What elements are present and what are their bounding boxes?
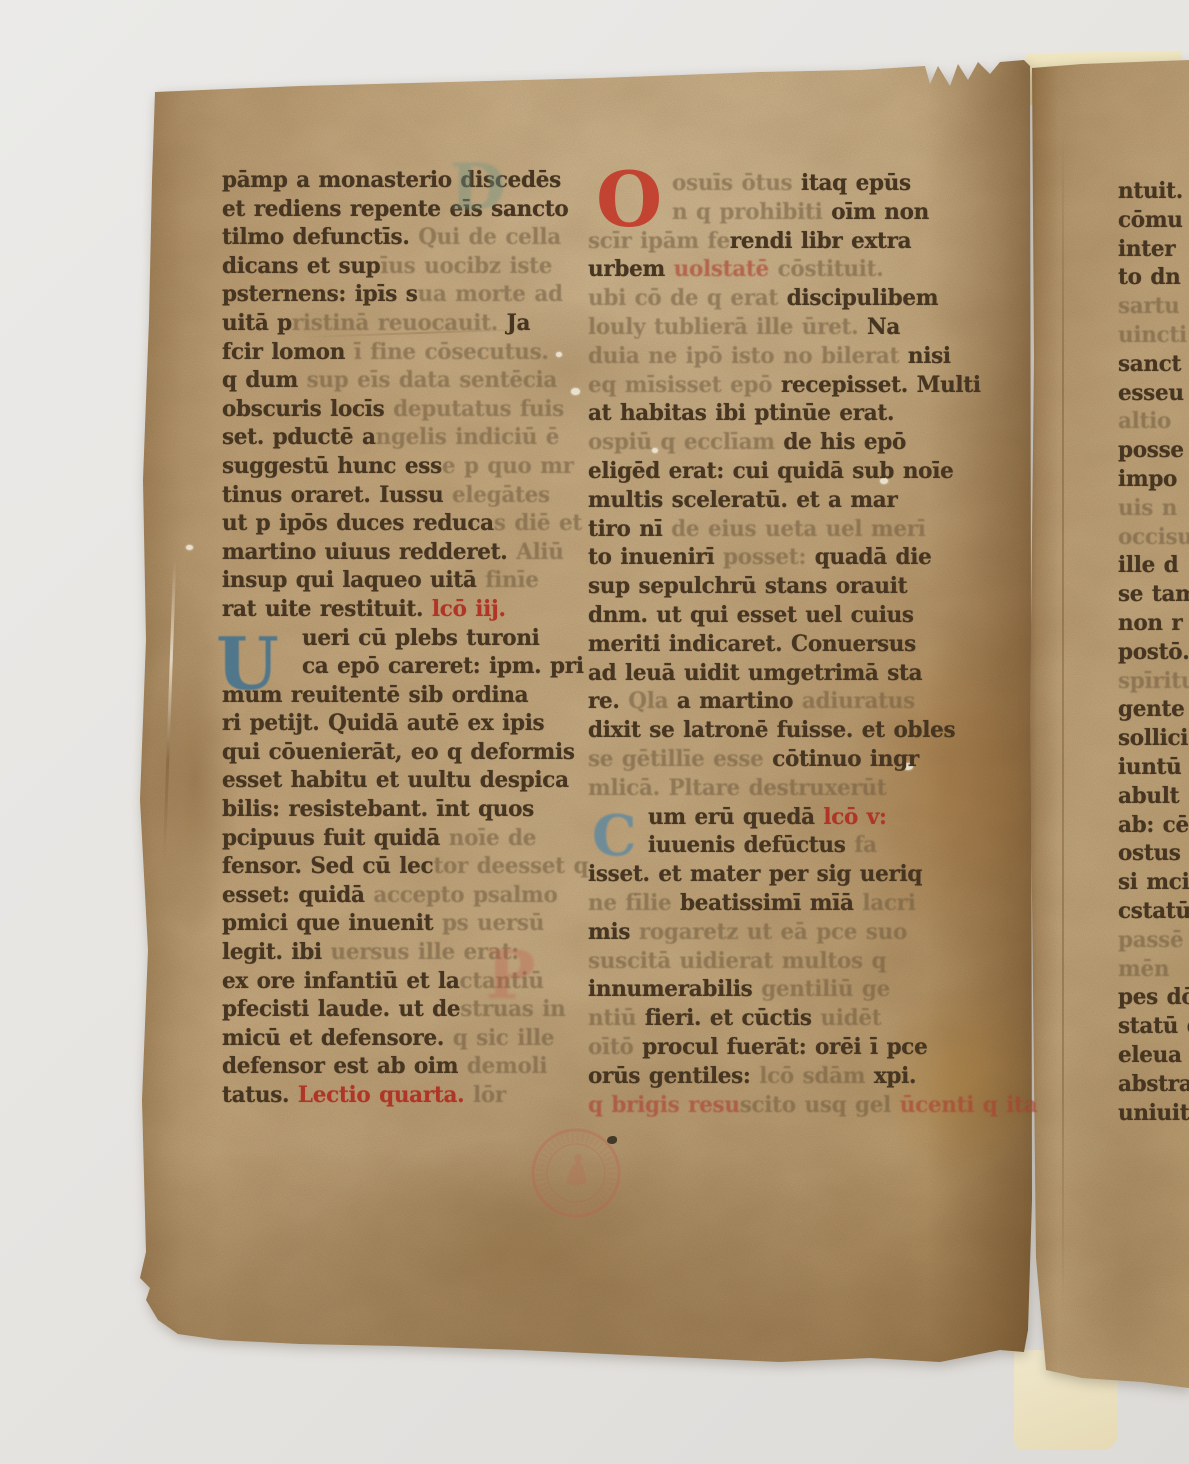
text-line: pes dō	[1118, 984, 1189, 1014]
text-segment-ink: rendi libr extra	[730, 228, 911, 254]
text-segment-ink: statū d	[1118, 1013, 1189, 1039]
text-line: eleua	[1118, 1042, 1189, 1072]
text-segment-faint: passē	[1118, 927, 1183, 953]
text-line: gente	[1118, 696, 1189, 726]
text-line: statū d	[1118, 1013, 1189, 1043]
text-line: cōmu	[1118, 207, 1189, 237]
text-segment-faint: lcō sdām	[759, 1063, 874, 1089]
text-line: uitā pristinā reuocauit. Ja	[222, 310, 558, 340]
text-segment-red: lcō v:	[823, 804, 886, 830]
ghost-initial-p: P	[486, 942, 536, 1008]
text-segment-ink: xpi.	[874, 1063, 916, 1089]
text-line: inter	[1118, 236, 1189, 266]
text-segment-faint: altio	[1118, 408, 1171, 434]
text-segment-ink: ostus u	[1118, 840, 1189, 866]
text-segment-ink: pes dō	[1118, 984, 1189, 1010]
text-line: esseu	[1118, 380, 1189, 410]
text-segment-ink: urbem	[588, 256, 674, 282]
text-line: tiro nī de eius ueta uel merī	[588, 516, 924, 546]
text-line: ri petijt. Quidā autē ex ipis	[222, 710, 558, 740]
text-segment-ink: iuntū	[1118, 754, 1182, 780]
text-segment-faint: s diē et	[494, 510, 582, 536]
text-line: isset. et mater per sig ueriq	[588, 861, 924, 891]
text-segment-ink: tatus.	[222, 1082, 298, 1108]
text-line: se tam	[1118, 581, 1189, 611]
text-segment-ink: de his epō	[783, 429, 906, 455]
text-segment-faint: posset:	[723, 544, 815, 570]
text-segment-ink: um erū quedā	[648, 804, 823, 830]
text-segment-ink: ntuit.	[1118, 178, 1183, 204]
text-line: dixit se latronē fuisse. et obles	[588, 717, 924, 747]
blue-initial-u: U	[216, 628, 279, 700]
text-segment-faint: uidierat multos q	[680, 948, 887, 974]
text-line: louly tublierā ille ūret. Na	[588, 314, 924, 344]
text-line: impo	[1118, 466, 1189, 496]
text-line: esset: quidā accepto psalmo	[222, 882, 558, 912]
text-segment-faint: scito usq gel	[740, 1092, 900, 1118]
text-segment-faint: fa	[854, 832, 877, 858]
text-segment-ink: eleua	[1118, 1042, 1182, 1068]
text-segment-ink: defensor est ab oim	[222, 1053, 467, 1079]
text-segment-ink: dixit se latronē fuisse. et obles	[588, 717, 955, 743]
text-segment-faint: demoli	[467, 1053, 547, 1079]
text-segment-faint: ubi cō de q erat	[588, 285, 787, 311]
text-segment-ink: legit. ibi	[222, 939, 331, 965]
text-segment-faint: n q prohibiti	[672, 199, 831, 225]
text-column-3-partial: ntuit.cōmuinterto dnsartuuinctisanctesse…	[1118, 178, 1189, 1128]
text-line: cstatū	[1118, 898, 1189, 928]
ghost-initial-d: D	[450, 156, 506, 220]
text-line: ad leuā uidit umgetrimā sta	[588, 660, 924, 690]
text-segment-ink: beatissimī mīā	[680, 890, 862, 916]
text-segment-faint: ua morte ad	[418, 281, 563, 307]
text-segment-faint: īus uocibz iste	[380, 253, 552, 279]
text-segment-ink: to inuenirī	[588, 544, 723, 570]
text-segment-ink: abstract	[1118, 1071, 1189, 1097]
text-line: ubi cō de q erat discipulibem	[588, 285, 924, 315]
text-line: bilis: resistebant. īnt quos	[222, 796, 558, 826]
text-segment-ink: quadā die	[815, 544, 932, 570]
text-segment-ink: eligēd erat: cui quidā sub noīe	[588, 458, 953, 484]
text-line: sollici	[1118, 725, 1189, 755]
text-segment-ink: ad leuā uidit umgetrimā sta	[588, 660, 922, 686]
text-segment-ink: sup sepulchrū stans orauit	[588, 573, 907, 599]
text-segment-ink: et rediens repente eīs sancto	[222, 196, 568, 222]
text-segment-ink: ut p ipōs duces reduca	[222, 510, 494, 536]
text-line: spīritu	[1118, 668, 1189, 698]
text-line: urbem uolstatē cōstituit.	[588, 256, 924, 286]
text-segment-ink: uniuit.	[1118, 1100, 1189, 1126]
text-segment-ink: gente	[1118, 696, 1184, 722]
text-segment-faint: tor deesset q	[433, 853, 588, 879]
text-line: ntuit.	[1118, 178, 1189, 208]
text-line: posse	[1118, 437, 1189, 467]
text-segment-ink: inter	[1118, 236, 1175, 262]
text-segment-faint: mēn	[1118, 956, 1169, 982]
text-line: iuntū	[1118, 754, 1189, 784]
text-segment-faint: rogaretz ut eā pce suo	[639, 919, 907, 945]
blue-initial-c: C	[592, 808, 637, 864]
text-segment-faint: suscitā	[588, 948, 680, 974]
text-line: innumerabilis gentiliū ge	[588, 976, 924, 1006]
text-segment-ink: impo	[1118, 466, 1177, 492]
text-line: non r	[1118, 610, 1189, 640]
text-line: meriti indicaret. Conuersus	[588, 631, 924, 661]
text-segment-ink: non r	[1118, 610, 1182, 636]
text-line: pcipuus fuit quidā noīe de	[222, 825, 558, 855]
text-segment-ink: sollici	[1118, 725, 1188, 751]
text-line: dnm. ut qui esset uel cuius	[588, 602, 924, 632]
text-segment-faint: ospiū q ecclīam	[588, 429, 783, 455]
text-segment-ink: ri petijt. Quidā autē ex ipis	[222, 710, 544, 736]
red-initial-o: O	[596, 162, 662, 238]
text-line: martino uiuus redderet. Aliū	[222, 539, 558, 569]
text-segment-ink: qui cōuenierāt, eo q deformis	[222, 739, 575, 765]
text-line: q brigis resuscito usq gel ūcenti q ita	[588, 1092, 924, 1122]
text-line: uincti	[1118, 322, 1189, 352]
text-line: set. pductē angelis indiciū ē	[222, 424, 558, 454]
text-line: duia ne ipō isto no bilerat nisi	[588, 343, 924, 373]
text-segment-ink: uitā p	[222, 310, 292, 336]
text-line: insup qui laqueo uitā finīe	[222, 567, 558, 597]
text-segment-ink: ab: cē	[1118, 812, 1189, 838]
text-segment-faint: uidēt	[820, 1005, 881, 1031]
text-segment-ink: isset. et mater per sig ueriq	[588, 861, 922, 887]
text-line: ntiū fieri. et cūctis uidēt	[588, 1005, 924, 1035]
text-segment-ink: innumerabilis	[588, 976, 761, 1002]
text-line: mēn	[1118, 956, 1189, 986]
text-segment-faint: lacri	[862, 890, 915, 916]
text-line: mis rogaretz ut eā pce suo	[588, 919, 924, 949]
text-segment-faint: adiuratus	[802, 688, 915, 714]
text-segment-red: Lectio quarta.	[298, 1082, 464, 1108]
manuscript-text: pāmp a monasterio discedēset rediens rep…	[0, 0, 1189, 1464]
text-segment-ink: sanct	[1118, 351, 1181, 377]
text-segment-faint: osuīs ōtus	[672, 170, 801, 196]
text-line: ut p ipōs duces reducas diē et	[222, 510, 558, 540]
text-segment-ink: micū et defensore.	[222, 1025, 453, 1051]
text-line: oītō procul fuerāt: orēi ī pce	[588, 1034, 924, 1064]
text-line: dicans et supīus uocibz iste	[222, 253, 558, 283]
text-line: altio	[1118, 408, 1189, 438]
text-segment-ink: psternens: ipīs s	[222, 281, 418, 307]
text-line: q dum sup eīs data sentēcia	[222, 367, 558, 397]
text-line: ostus u	[1118, 840, 1189, 870]
text-segment-faint: ille ūret.	[756, 314, 867, 340]
text-line: uniuit.	[1118, 1100, 1189, 1130]
text-segment-ink: set. pductē a	[222, 424, 376, 450]
text-segment-faint: noīe de	[449, 825, 536, 851]
text-segment-ink: fensor. Sed cū lec	[222, 853, 433, 879]
text-segment-ink: martino uiuus redderet.	[222, 539, 516, 565]
text-segment-faint: ngelis indiciū ē	[376, 424, 560, 450]
text-segment-ink: postō.	[1118, 639, 1189, 665]
text-segment-faint: eq mīsisset epō	[588, 372, 781, 398]
text-segment-ink: esset habitu et uultu despica	[222, 767, 569, 793]
text-segment-ink: dicans et sup	[222, 253, 380, 279]
text-line: abult	[1118, 783, 1189, 813]
text-segment-ink: rat uite restituit.	[222, 596, 432, 622]
text-segment-ink: oīm non	[831, 199, 929, 225]
text-line: ille d	[1118, 552, 1189, 582]
ink-speck	[607, 1136, 617, 1144]
text-line: ne fīlie beatissimī mīā lacri	[588, 890, 924, 920]
text-segment-faint: sartu	[1118, 293, 1179, 319]
text-segment-ink: pāmp a monasterio discedēs	[222, 167, 561, 193]
text-segment-faint: se gētillīe esse	[588, 746, 772, 772]
text-segment-ink: esset: quidā	[222, 882, 373, 908]
text-line: multis sceleratū. et a mar	[588, 487, 924, 517]
text-segment-ink: cstatū	[1118, 898, 1189, 924]
text-segment-faint: finīe	[485, 567, 538, 593]
text-line: tinus oraret. Iussu elegātes	[222, 482, 558, 512]
text-segment-ink: to dn	[1118, 264, 1180, 290]
text-segment-ink: cōmu	[1118, 207, 1183, 233]
text-line: ospiū q ecclīam de his epō	[588, 429, 924, 459]
text-segment-faint: elegātes	[452, 482, 550, 508]
text-segment-redfaint: q brigis resu	[588, 1092, 740, 1118]
text-segment-faint: ristinā reuocauit.	[292, 310, 507, 336]
text-segment-ink: tinus oraret. Iussu	[222, 482, 452, 508]
text-segment-faint: Qla	[628, 688, 677, 714]
text-line: to dn	[1118, 264, 1189, 294]
text-line: sanct	[1118, 351, 1189, 381]
text-segment-ink: ex ore infantiū et la	[222, 968, 460, 994]
text-line: tilmo defunctīs. Qui de cella	[222, 224, 558, 254]
text-segment-redfaint: ūcenti q ita	[900, 1092, 1038, 1118]
text-segment-ink: posse	[1118, 437, 1184, 463]
text-segment-faint: cōstituit.	[778, 256, 884, 282]
text-segment-faint: ī fine cōsecutus.	[354, 339, 549, 365]
text-line: passē	[1118, 927, 1189, 957]
text-segment-faint: de eius ueta uel merī	[671, 516, 926, 542]
text-segment-ink: cōtinuo ingr	[772, 746, 919, 772]
text-segment-ink: Ja	[507, 310, 531, 336]
text-segment-faint: lōr	[464, 1082, 506, 1108]
text-line: fcir lomon ī fine cōsecutus.	[222, 339, 558, 369]
text-segment-ink: fieri. et cūctis	[645, 1005, 821, 1031]
text-segment-faint: duia ne ipō isto no bilerat	[588, 343, 908, 369]
text-segment-ink: pfecisti laude. ut de	[222, 996, 460, 1022]
text-segment-ink: tilmo defunctīs.	[222, 224, 418, 250]
text-segment-ink: orūs gentiles:	[588, 1063, 759, 1089]
text-line: obscuris locīs deputatus fuis	[222, 396, 558, 426]
text-segment-ink: nisi	[908, 343, 951, 369]
text-segment-ink: iuuenis defūctus	[648, 832, 854, 858]
text-segment-ink: tiro nī	[588, 516, 671, 542]
text-segment-ink: bilis: resistebant. īnt quos	[222, 796, 534, 822]
text-line: occisu	[1118, 524, 1189, 554]
text-segment-faint: sup eīs data sentēcia	[307, 367, 557, 393]
text-segment-faint: uis n	[1118, 495, 1177, 521]
text-line: orūs gentiles: lcō sdām xpi.	[588, 1063, 924, 1093]
text-segment-ink: ille d	[1118, 552, 1178, 578]
text-segment-ink: esseu	[1118, 380, 1184, 406]
text-line: si mcin	[1118, 869, 1189, 899]
text-segment-ink: abult	[1118, 783, 1179, 809]
text-segment-redfaint: uolstatē	[674, 256, 778, 282]
text-segment-ink: pmici que inuenit	[222, 910, 442, 936]
text-segment-ink: at habitas ibi ptinūe erat.	[588, 400, 894, 426]
text-line: fensor. Sed cū lector deesset q	[222, 853, 558, 883]
text-line: eq mīsisset epō recepisset. Multi	[588, 372, 924, 402]
text-line: to inuenirī posset: quadā die	[588, 544, 924, 574]
text-line: abstract	[1118, 1071, 1189, 1101]
text-segment-ink: itaq epūs	[801, 170, 911, 196]
photograph: pāmp a monasterio discedēset rediens rep…	[0, 0, 1189, 1464]
text-line: eligēd erat: cui quidā sub noīe	[588, 458, 924, 488]
text-segment-ink: discipulibem	[787, 285, 938, 311]
text-segment-ink: si mcin	[1118, 869, 1189, 895]
text-line: ab: cē	[1118, 812, 1189, 842]
text-segment-ink: insup qui laqueo uitā	[222, 567, 485, 593]
text-segment-faint: occisu	[1118, 524, 1189, 550]
text-segment-ink: multis sceleratū. et a mar	[588, 487, 897, 513]
text-segment-ink: a martino	[677, 688, 802, 714]
text-segment-ink: ca epō careret: ipm. pri	[302, 653, 584, 679]
text-segment-ink: obscuris locīs	[222, 396, 393, 422]
text-segment-faint: gentiliū ge	[761, 976, 890, 1002]
text-segment-faint: Aliū	[516, 539, 563, 565]
text-line: esset habitu et uultu despica	[222, 767, 558, 797]
text-segment-red: lcō iij.	[432, 596, 506, 622]
text-segment-ink: ueri cū plebs turoni	[302, 625, 540, 651]
text-line: psternens: ipīs sua morte ad	[222, 281, 558, 311]
text-line: iuuenis defūctus fa	[588, 832, 924, 862]
text-segment-ink: re.	[588, 688, 628, 714]
text-line: um erū quedā lcō v:	[588, 804, 924, 834]
text-column-2: osuīs ōtus itaq epūsn q prohibiti oīm no…	[588, 170, 924, 1120]
text-segment-ink: q dum	[222, 367, 307, 393]
text-segment-faint: louly tublierā	[588, 314, 756, 340]
text-segment-faint: spīritu	[1118, 668, 1189, 694]
text-line: qui cōuenierāt, eo q deformis	[222, 739, 558, 769]
text-segment-faint: accepto psalmo	[373, 882, 557, 908]
text-segment-faint: oītō	[588, 1034, 642, 1060]
text-line: sup sepulchrū stans orauit	[588, 573, 924, 603]
text-line: pāmp a monasterio discedēs	[222, 167, 558, 197]
text-segment-faint: Qui de cella	[418, 224, 561, 250]
text-line: mlicā. Pltare destruxerūt	[588, 775, 924, 805]
text-segment-faint: mlicā.	[588, 775, 668, 801]
text-segment-ink: fcir lomon	[222, 339, 354, 365]
text-line: at habitas ibi ptinūe erat.	[588, 400, 924, 430]
text-line: et rediens repente eīs sancto	[222, 196, 558, 226]
text-line: tatus. Lectio quarta. lōr	[222, 1082, 558, 1112]
text-segment-faint: e p quo mr	[442, 453, 574, 479]
text-line: uis n	[1118, 495, 1189, 525]
text-line: defensor est ab oim demoli	[222, 1053, 558, 1083]
text-line: suggestū hunc esse p quo mr	[222, 453, 558, 483]
text-segment-faint: ps uersū	[442, 910, 544, 936]
text-segment-faint: q sic ille	[453, 1025, 555, 1051]
text-segment-faint: deputatus fuis	[393, 396, 564, 422]
text-line: micū et defensore. q sic ille	[222, 1025, 558, 1055]
text-line: sartu	[1118, 293, 1189, 323]
text-line: suscitā uidierat multos q	[588, 948, 924, 978]
text-segment-ink: suggestū hunc ess	[222, 453, 442, 479]
text-segment-ink: Na	[867, 314, 900, 340]
text-line: se gētillīe esse cōtinuo ingr	[588, 746, 924, 776]
text-segment-ink: mis	[588, 919, 639, 945]
text-segment-ink: recepisset. Multi	[781, 372, 981, 398]
text-segment-faint: Pltare destruxerūt	[668, 775, 886, 801]
text-line: postō.	[1118, 639, 1189, 669]
text-segment-ink: se tam	[1118, 581, 1189, 607]
text-segment-ink: dnm. ut qui esset uel cuius	[588, 602, 914, 628]
text-segment-faint: uincti	[1118, 322, 1187, 348]
text-segment-faint: ntiū	[588, 1005, 645, 1031]
text-line: re. Qla a martino adiuratus	[588, 688, 924, 718]
text-segment-ink: meriti indicaret. Conuersus	[588, 631, 916, 657]
text-segment-ink: procul fuerāt: orēi ī pce	[642, 1034, 927, 1060]
text-segment-ink: pcipuus fuit quidā	[222, 825, 449, 851]
text-segment-faint: ne fīlie	[588, 890, 680, 916]
